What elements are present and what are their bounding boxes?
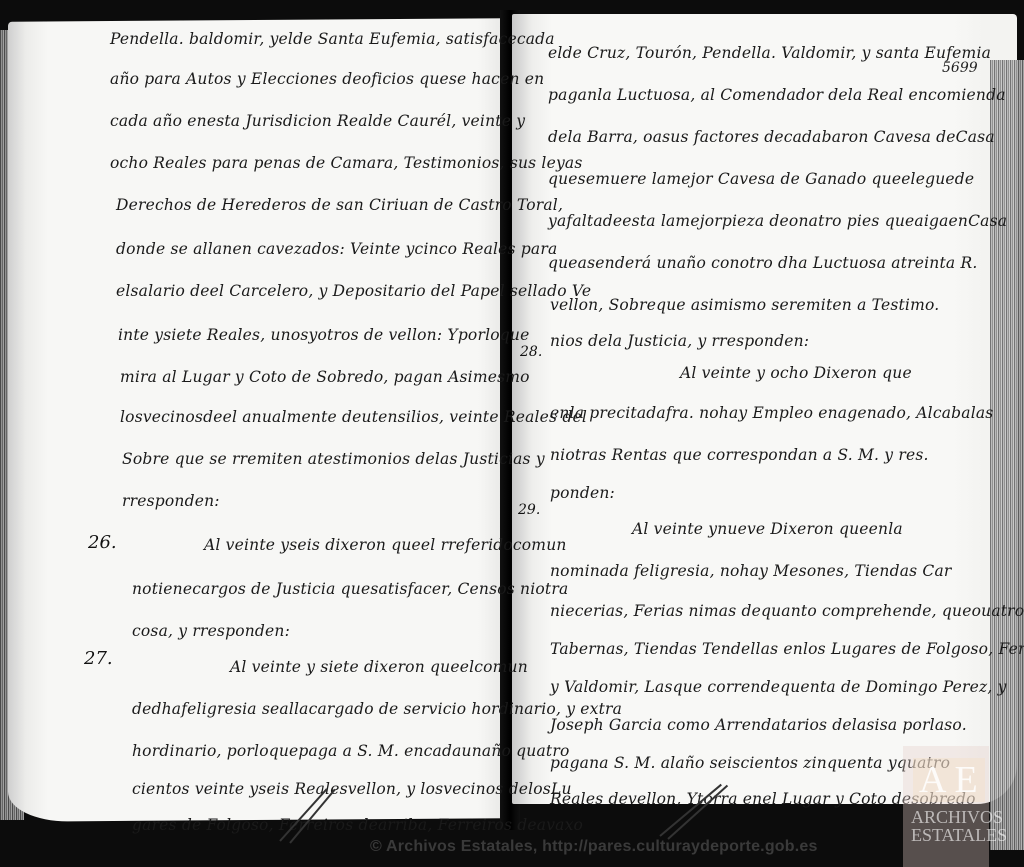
text-line: paganla Luctuosa, al Comendador dela Rea…	[548, 86, 1006, 104]
logo-letters: AE	[913, 758, 985, 802]
text-line: donde se allanen cavezados: Veinte ycinc…	[116, 240, 557, 258]
right-page-edges	[990, 60, 1024, 850]
text-line: quesemuere lamejor Cavesa de Ganado quee…	[548, 170, 974, 188]
copyright-watermark: © Archivos Estatales, http://pares.cultu…	[370, 838, 818, 856]
text-line: dela Barra, oasus factores decadabaron C…	[548, 128, 995, 146]
folio-number: 5699	[942, 60, 978, 76]
text-line: rresponden:	[122, 492, 220, 510]
text-line: dedhafeligresia seallacargado de servici…	[132, 700, 622, 718]
logo-text: ARCHIVOS ESTATALES	[911, 808, 1007, 844]
text-line: cada año enesta Jurisdicion Realde Cauré…	[110, 112, 525, 130]
text-line: Pendella. baldomir, yelde Santa Eufemia,…	[110, 30, 555, 48]
text-line: Derechos de Herederos de san Ciriuan de …	[116, 196, 563, 214]
text-line: inte ysiete Reales, unosyotros de vellon…	[118, 326, 529, 344]
text-line: notienecargos de Justicia quesatisfacer,…	[132, 580, 568, 598]
text-line: año para Autos y Elecciones deoficios qu…	[110, 70, 544, 88]
text-line: enla precitadafra. nohay Empleo enagenad…	[550, 404, 993, 422]
text-line: Al veinte ynueve Dixeron queenla	[632, 520, 903, 538]
text-line: niecerias, Ferias nimas dequanto compreh…	[550, 602, 1024, 620]
text-line: Sobre que se rremiten atestimonios delas…	[122, 450, 545, 468]
text-line: Al veinte y siete dixeron queelcomun	[230, 658, 528, 676]
text-line: cientos veinte yseis Realesvellon, y los…	[132, 780, 572, 798]
text-line: yafaltadeesta lamejorpieza deonatro pies…	[548, 212, 1007, 230]
text-line: elde Cruz, Tourón, Pendella. Valdomir, y…	[548, 44, 991, 62]
paragraph-number: 29.	[518, 502, 540, 518]
text-line: Tabernas, Tiendas Tendellas enlos Lugare…	[550, 640, 1024, 658]
text-line: queasenderá unaño conotro dha Luctuosa a…	[548, 254, 977, 272]
text-line: ponden:	[550, 484, 615, 502]
text-line: y Valdomir, Lasque correndequenta de Dom…	[550, 678, 1007, 696]
paragraph-number: 27.	[84, 648, 113, 669]
text-line: nios dela Justicia, y rresponden:	[550, 332, 809, 350]
text-line: elsalario deel Carcelero, y Depositario …	[116, 282, 591, 300]
text-line: Joseph Garcia como Arrendatarios delasis…	[550, 716, 967, 734]
paragraph-number: 28.	[520, 344, 542, 360]
text-line: mira al Lugar y Coto de Sobredo, pagan A…	[120, 368, 530, 386]
manuscript-spread: Pendella. baldomir, yelde Santa Eufemia,…	[0, 0, 1024, 867]
logo-line-2: ESTATALES	[911, 826, 1007, 844]
text-line: losvecinosdeel anualmente deutensilios, …	[120, 408, 587, 426]
text-line: gares de Folgoso, Ferreiros dearriba, Fe…	[132, 816, 583, 834]
text-line: Al veinte y ocho Dixeron que	[680, 364, 912, 382]
paragraph-number: 26.	[88, 532, 117, 553]
text-line: vellon, Sobreque asimismo seremiten a Te…	[550, 296, 939, 314]
logo-line-1: ARCHIVOS	[911, 808, 1007, 826]
text-line: Al veinte yseis dixeron queel rreferidoc…	[204, 536, 567, 554]
text-line: hordinario, porloquepaga a S. M. encadau…	[132, 742, 569, 760]
text-line: niotras Rentas que correspondan a S. M. …	[550, 446, 929, 464]
text-line: cosa, y rresponden:	[132, 622, 290, 640]
archivos-estatales-logo: AE ARCHIVOS ESTATALES	[903, 746, 989, 867]
text-line: ocho Reales para penas de Camara, Testim…	[110, 154, 583, 172]
text-line: pagana S. M. alaño seiscientos zinquenta…	[550, 754, 950, 772]
text-line: nominada feligresia, nohay Mesones, Tien…	[550, 562, 952, 580]
